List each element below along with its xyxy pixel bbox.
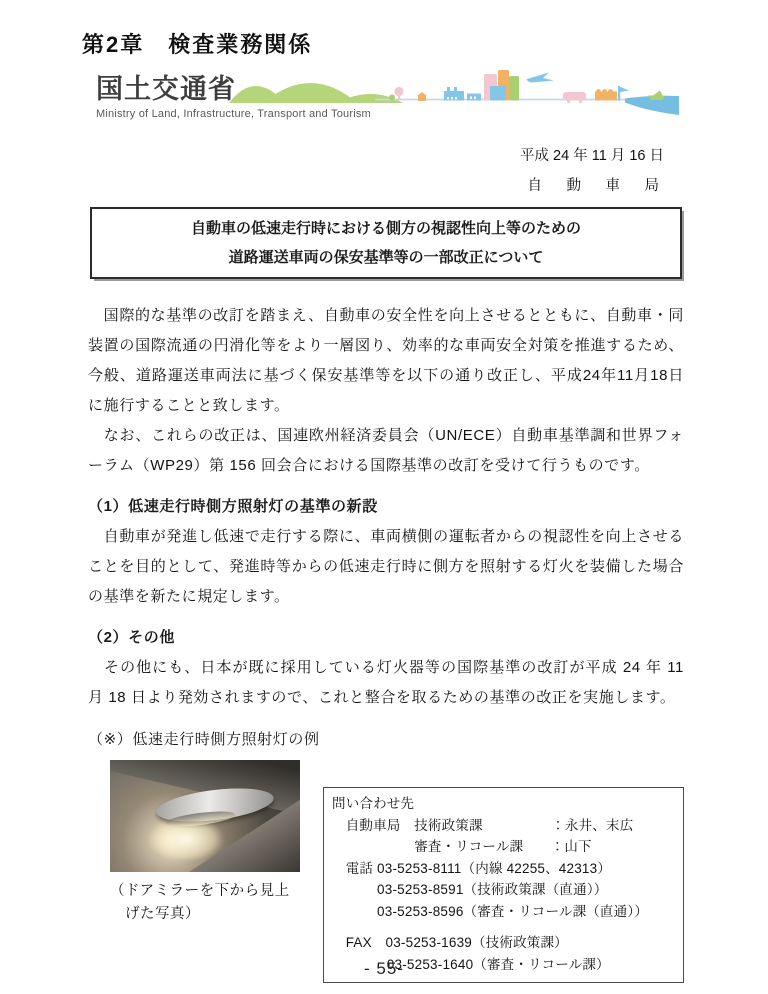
mlit-logo: 国土交通省 Ministry of Land, Infrastructure, …: [96, 67, 684, 123]
document-content: 第2章 検査業務関係 国土交通省 Ministry of Land, Infra…: [0, 0, 768, 983]
contact-spacer: [332, 922, 675, 932]
contact-box: 問い合わせ先 自動車局 技術政策課 ：永井、末広 審査・リコール課 ：山下 電話…: [323, 787, 684, 983]
door-mirror-lamp-photo: [110, 760, 300, 872]
document-title-line-1: 自動車の低速走行時における側方の視認性向上等のための: [102, 214, 670, 243]
contact-fax-line-1: FAX 03-5253-1639（技術政策課）: [332, 932, 675, 954]
document-title-line-2: 道路運送車両の保安基準等の一部改正について: [102, 243, 670, 272]
landscape-illustration-icon: [228, 65, 680, 115]
contact-phone-line-1: 電話 03-5253-8111（内線 42255、42313）: [332, 858, 675, 880]
issuing-bureau: 自 動 車 局: [88, 171, 664, 201]
photo-column: （ドアミラーを下から見上 げた写真）: [110, 760, 302, 983]
photo-caption-line-2: げた写真）: [110, 906, 200, 922]
document-page: 第2章 検査業務関係 国土交通省 Ministry of Land, Infra…: [0, 0, 768, 994]
section-2-text: その他にも、日本が既に採用している灯火器等の国際基準の改訂が平成 24 年 11…: [88, 653, 684, 713]
contact-phone-line-3: 03-5253-8596（審査・リコール課（直通））: [332, 901, 675, 923]
body-paragraph-2: なお、これらの改正は、国連欧州経済委員会（UN/ECE）自動車基準調和世界フォー…: [88, 421, 684, 481]
contact-title: 問い合わせ先: [332, 793, 675, 815]
document-title-box: 自動車の低速走行時における側方の視認性向上等のための 道路運送車両の保安基準等の…: [90, 207, 682, 279]
page-number: - 55-: [0, 959, 768, 979]
section-1-text: 自動車が発進し低速で走行する際に、車両横側の運転者からの視認性を向上させることを…: [88, 522, 684, 612]
section-2-heading: （2）その他: [88, 623, 684, 653]
document-date: 平成 24 年 11 月 16 日: [88, 141, 664, 171]
section-1: （1）低速走行時側方照射灯の基準の新設 自動車が発進し低速で走行する際に、車両横…: [88, 492, 684, 612]
photo-caption-line-1: （ドアミラーを下から見上: [110, 883, 290, 899]
section-2: （2）その他 その他にも、日本が既に採用している灯火器等の国際基準の改訂が平成 …: [88, 623, 684, 713]
chapter-heading: 第2章 検査業務関係: [82, 28, 684, 59]
example-and-contact-row: （ドアミラーを下から見上 げた写真） 問い合わせ先 自動車局 技術政策課 ：永井…: [88, 760, 684, 983]
document-body: 国際的な基準の改訂を踏まえ、自動車の安全性を向上させるとともに、自動車・同装置の…: [88, 301, 684, 481]
document-issuance-block: 平成 24 年 11 月 16 日 自 動 車 局: [88, 141, 684, 201]
contact-division-line-2: 審査・リコール課 ：山下: [332, 836, 675, 858]
contact-division-line-1: 自動車局 技術政策課 ：永井、末広: [332, 815, 675, 837]
contact-phone-line-2: 03-5253-8591（技術政策課（直通））: [332, 879, 675, 901]
example-label: （※）低速走行時側方照射灯の例: [88, 725, 684, 755]
photo-caption: （ドアミラーを下から見上 げた写真）: [110, 880, 302, 926]
body-paragraph-1: 国際的な基準の改訂を踏まえ、自動車の安全性を向上させるとともに、自動車・同装置の…: [88, 301, 684, 421]
section-1-heading: （1）低速走行時側方照射灯の基準の新設: [88, 492, 684, 522]
